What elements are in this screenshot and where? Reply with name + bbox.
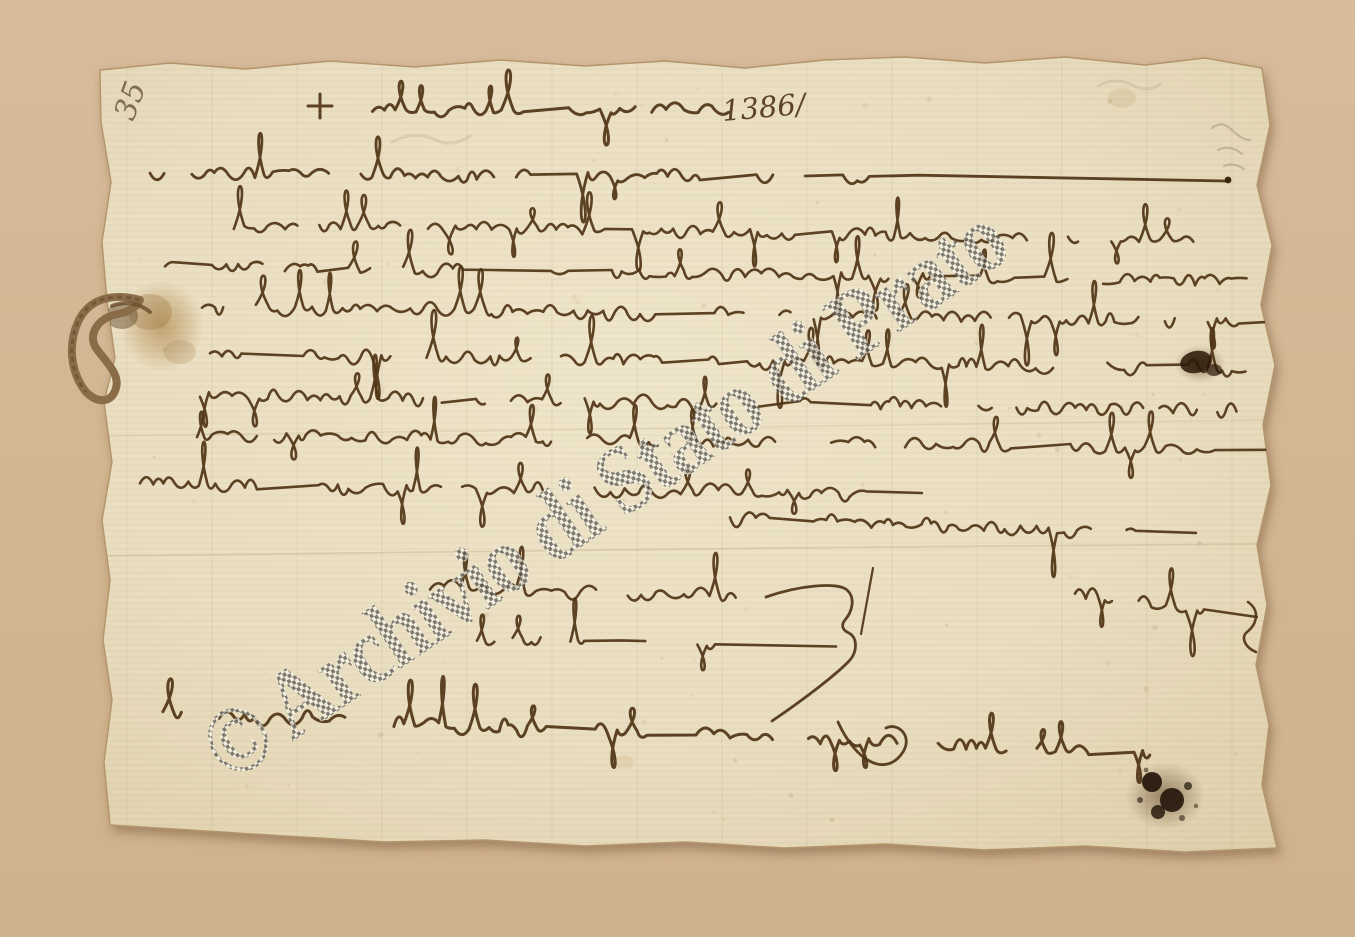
speckle <box>455 167 460 172</box>
speckle <box>1008 407 1011 410</box>
archive-scan: 1386/ 35 <box>0 0 1355 937</box>
speckle <box>1144 686 1149 691</box>
speckle <box>691 694 693 696</box>
speckle <box>641 720 646 725</box>
speckle <box>733 758 737 762</box>
speckle <box>1150 750 1152 752</box>
speckle <box>744 607 748 611</box>
speckle <box>862 103 868 109</box>
speckle <box>660 657 663 660</box>
speckle <box>1138 531 1141 534</box>
speckle <box>1216 289 1220 293</box>
speckle <box>1229 235 1232 238</box>
speckle <box>153 456 156 459</box>
speckle <box>417 752 420 755</box>
speckle <box>665 138 669 142</box>
speckle <box>558 578 560 580</box>
speckle <box>1151 393 1155 397</box>
speckle <box>815 201 819 205</box>
speckle <box>1219 614 1221 616</box>
speckle <box>974 341 979 346</box>
speckle <box>722 818 725 821</box>
speckle <box>623 713 625 715</box>
speckle <box>712 810 716 814</box>
speckle <box>575 299 580 304</box>
speckle <box>701 303 706 308</box>
speckle <box>954 87 956 89</box>
speckle <box>945 624 949 628</box>
speckle <box>1001 232 1003 234</box>
speckle <box>378 732 383 737</box>
speckle <box>386 262 391 267</box>
speckle <box>287 784 289 786</box>
speckle <box>1107 99 1112 104</box>
ink-smudge-mid-right <box>1174 345 1226 383</box>
speckle <box>1062 729 1067 734</box>
paper-surface: 1386/ 35 <box>90 50 1290 860</box>
foxing-spot <box>614 755 634 769</box>
speckle <box>1114 252 1118 256</box>
speckle <box>1201 393 1205 397</box>
speckle <box>1135 333 1139 337</box>
speckle <box>443 659 447 663</box>
speckle <box>907 286 912 291</box>
speckle <box>622 498 625 501</box>
speckle <box>1108 318 1114 324</box>
speckle <box>592 159 595 162</box>
speckle <box>943 421 945 423</box>
speckle <box>192 499 197 504</box>
manuscript-scene: 1386/ 35 <box>0 0 1355 937</box>
speckle <box>772 492 776 496</box>
speckle <box>697 88 700 91</box>
speckle <box>1059 172 1061 174</box>
foxing-spot <box>1108 88 1136 108</box>
ink-blot-bottom-right <box>1125 762 1205 830</box>
speckle <box>484 612 489 617</box>
speckle <box>162 347 167 352</box>
speckle <box>1117 768 1122 773</box>
speckle <box>270 679 272 681</box>
speckle <box>323 279 328 284</box>
speckle <box>1069 575 1073 579</box>
speckle <box>670 453 673 456</box>
speckle <box>789 793 794 798</box>
speckle <box>944 511 947 514</box>
speckle <box>640 104 644 108</box>
speckle <box>1228 478 1231 481</box>
speckle <box>1092 404 1096 408</box>
speckle <box>1177 207 1182 212</box>
speckle <box>927 97 932 102</box>
speckle <box>339 718 341 720</box>
speckle <box>533 172 537 176</box>
speckle <box>1152 625 1158 631</box>
speckle <box>1196 358 1198 360</box>
speckle <box>138 257 141 260</box>
speckle <box>1105 660 1111 666</box>
speckle <box>693 659 695 661</box>
speckle <box>861 483 865 487</box>
speckle <box>285 305 287 307</box>
speckle <box>381 390 383 392</box>
speckle <box>1055 447 1060 452</box>
speckle <box>571 294 577 300</box>
speckle <box>829 817 834 822</box>
speckle <box>434 96 436 98</box>
speckle <box>1234 752 1237 755</box>
speckle <box>1179 458 1182 461</box>
chain-lines-texture <box>90 50 1290 860</box>
speckle <box>535 407 539 411</box>
speckle <box>614 92 617 95</box>
speckle <box>245 784 249 788</box>
speckle <box>1036 433 1041 438</box>
speckle <box>499 109 502 112</box>
speckle <box>1198 541 1202 545</box>
ink-dot <box>1225 177 1232 184</box>
speckle <box>873 254 876 257</box>
